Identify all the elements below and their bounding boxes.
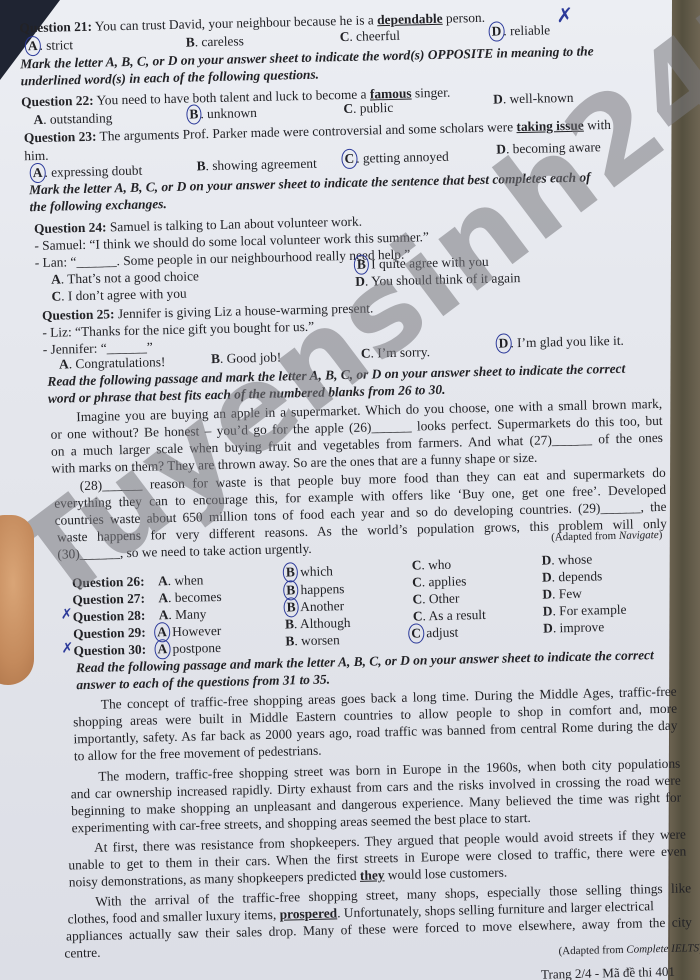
- option-c[interactable]: C. cheerful: [340, 27, 401, 46]
- option-a[interactable]: A. Many: [159, 605, 207, 624]
- option-text: Few: [559, 586, 582, 602]
- option-text: depends: [558, 568, 602, 584]
- option-b[interactable]: B. worsen: [285, 631, 340, 650]
- source-title: Complete IELTS: [626, 942, 699, 956]
- option-d[interactable]: D. Few: [542, 585, 582, 603]
- option-c[interactable]: C. public: [343, 99, 393, 118]
- option-text: getting annoyed: [363, 149, 449, 166]
- option-text: postpone: [172, 640, 221, 656]
- option-text: Many: [175, 606, 207, 622]
- underlined-word: prospered: [279, 905, 337, 921]
- dialog-text: - Lan: “: [35, 254, 77, 270]
- question-label: Question 22:: [21, 93, 94, 110]
- option-letter: D: [543, 603, 553, 618]
- source-text: (Adapted from: [551, 530, 619, 544]
- option-letter: C: [412, 574, 422, 589]
- option-letter: C: [340, 29, 350, 44]
- option-letter: C: [51, 289, 61, 304]
- option-d[interactable]: D. depends: [542, 567, 603, 586]
- option-text: cheerful: [356, 28, 400, 44]
- option-c[interactable]: C. Other: [412, 590, 459, 609]
- option-letter: C: [413, 608, 423, 623]
- source-title: Navigate: [619, 529, 659, 542]
- instruction-text: answer to each of the questions from 31 …: [76, 672, 330, 693]
- option-letter: A: [33, 112, 43, 127]
- instruction-exchange-line2: the following exchanges.: [29, 195, 167, 216]
- passage-source: (Adapted from Complete IELTS): [558, 940, 700, 961]
- option-text: unknown: [207, 105, 257, 121]
- option-c[interactable]: C. I don’t agree with you: [51, 285, 187, 306]
- option-letter: C: [412, 557, 422, 572]
- option-letter: A: [25, 36, 41, 56]
- option-d[interactable]: D. I’m glad you like it.: [497, 332, 624, 352]
- option-c[interactable]: C. As a result: [413, 606, 486, 625]
- option-letter: C: [412, 591, 422, 606]
- option-b[interactable]: B happens: [284, 580, 345, 599]
- option-text: adjust: [426, 625, 458, 641]
- option-letter: C: [341, 149, 357, 169]
- option-c[interactable]: C. who: [412, 556, 452, 574]
- option-letter: A: [159, 607, 169, 622]
- pen-cross-mark-icon: ✗: [556, 7, 573, 25]
- option-text: applies: [428, 573, 466, 589]
- option-text: who: [428, 557, 451, 573]
- option-text: which: [300, 563, 333, 579]
- question-label: Question 23:: [24, 129, 97, 146]
- option-text: happens: [300, 581, 344, 597]
- option-b[interactable]: B. careless: [186, 32, 244, 51]
- passage-line: centre.: [64, 944, 100, 962]
- option-letter: D: [542, 569, 552, 584]
- pen-cross-mark-icon: ✗: [61, 640, 73, 658]
- underlined-word: dependable: [377, 11, 443, 27]
- finger: [0, 515, 34, 685]
- option-text: Although: [300, 615, 351, 631]
- option-letter: B: [283, 597, 298, 617]
- option-letter: B: [285, 633, 294, 648]
- option-letter: A: [30, 163, 46, 183]
- question-label: Question 24:: [34, 219, 107, 236]
- question-text: him.: [24, 148, 49, 164]
- question-text: The arguments Prof. Parker made were con…: [96, 119, 516, 144]
- option-text: improve: [559, 619, 604, 635]
- option-b[interactable]: B. showing agreement: [196, 155, 317, 175]
- page-footer: Trang 2/4 - Mã đề thi 401: [541, 963, 675, 980]
- option-c[interactable]: C. applies: [412, 572, 467, 591]
- option-letter: B: [186, 104, 201, 124]
- option-text: careless: [201, 33, 244, 49]
- option-text: Congratulations!: [75, 354, 165, 371]
- option-letter: B: [196, 158, 205, 173]
- option-a[interactable]: A. outstanding: [33, 109, 112, 128]
- option-text: For example: [559, 602, 627, 619]
- option-text: worsen: [301, 632, 340, 648]
- option-text: As a result: [428, 607, 486, 623]
- option-text: I’m glad you like it.: [517, 333, 624, 350]
- option-text: showing agreement: [212, 156, 317, 173]
- option-text: outstanding: [50, 110, 113, 126]
- option-text: when: [174, 572, 203, 588]
- option-letter: A: [51, 272, 61, 287]
- question-21-stem: Question 21: You can trust David, your n…: [19, 9, 485, 37]
- option-d[interactable]: D. For example: [543, 601, 627, 620]
- option-a[interactable]: A postpone: [155, 639, 221, 658]
- dialog-text: ”: [147, 339, 153, 354]
- option-letter: C: [343, 101, 353, 116]
- option-letter: D: [495, 333, 511, 353]
- question-label: Question 21:: [19, 19, 92, 36]
- option-c[interactable]: C. getting annoyed: [342, 148, 449, 168]
- option-text: expressing doubt: [51, 163, 142, 180]
- question-label: Question 25:: [42, 306, 115, 323]
- option-letter: A: [158, 590, 168, 605]
- passage-source: (Adapted from Navigate): [551, 527, 663, 547]
- option-a[interactable]: A However: [155, 622, 221, 641]
- option-b[interactable]: B. Although: [285, 614, 351, 633]
- option-letter: C: [408, 623, 424, 643]
- option-d[interactable]: D. reliable: [489, 21, 550, 40]
- question-text: person.: [442, 10, 485, 26]
- question-text: You can trust David, your neighbour beca…: [92, 12, 378, 33]
- option-letter: D: [493, 91, 503, 106]
- option-letter: D: [542, 586, 552, 601]
- instruction-text: the following exchanges.: [29, 196, 167, 214]
- option-text: whose: [558, 552, 593, 568]
- option-b[interactable]: B which: [284, 562, 333, 581]
- option-letter: D: [541, 552, 551, 567]
- source-text: (Adapted from: [558, 944, 626, 958]
- option-letter: B: [283, 562, 298, 582]
- option-text: reliable: [510, 22, 550, 38]
- option-text: public: [360, 100, 394, 116]
- underlined-word: they: [360, 867, 385, 883]
- option-text: That’s not a good choice: [67, 268, 199, 286]
- blank: ______: [76, 253, 117, 269]
- option-letter: D: [543, 620, 553, 635]
- source-text: ): [658, 529, 662, 541]
- option-a[interactable]: A. when: [158, 571, 204, 590]
- option-a[interactable]: A. becomes: [158, 588, 222, 607]
- question-text: singer.: [411, 85, 450, 101]
- option-text: Another: [300, 598, 344, 614]
- option-text: I don’t agree with you: [68, 286, 187, 304]
- option-text: becomes: [175, 589, 222, 605]
- option-a[interactable]: A. strict: [26, 36, 74, 55]
- option-letter: B: [285, 616, 294, 631]
- option-text: strict: [46, 37, 73, 53]
- option-letter: A: [154, 639, 170, 659]
- option-letter: B: [186, 34, 195, 49]
- option-letter: D: [488, 21, 504, 41]
- option-d[interactable]: D. whose: [541, 551, 592, 570]
- option-d[interactable]: D. improve: [543, 618, 604, 637]
- option-b[interactable]: B. unknown: [187, 104, 257, 123]
- option-letter: A: [158, 573, 168, 588]
- option-text: However: [172, 623, 221, 639]
- option-letter: A: [59, 356, 69, 371]
- option-c[interactable]: C adjust: [409, 624, 458, 643]
- option-b[interactable]: B Another: [284, 597, 344, 616]
- option-text: Other: [429, 591, 460, 607]
- passage-text: would lose customers.: [384, 865, 507, 883]
